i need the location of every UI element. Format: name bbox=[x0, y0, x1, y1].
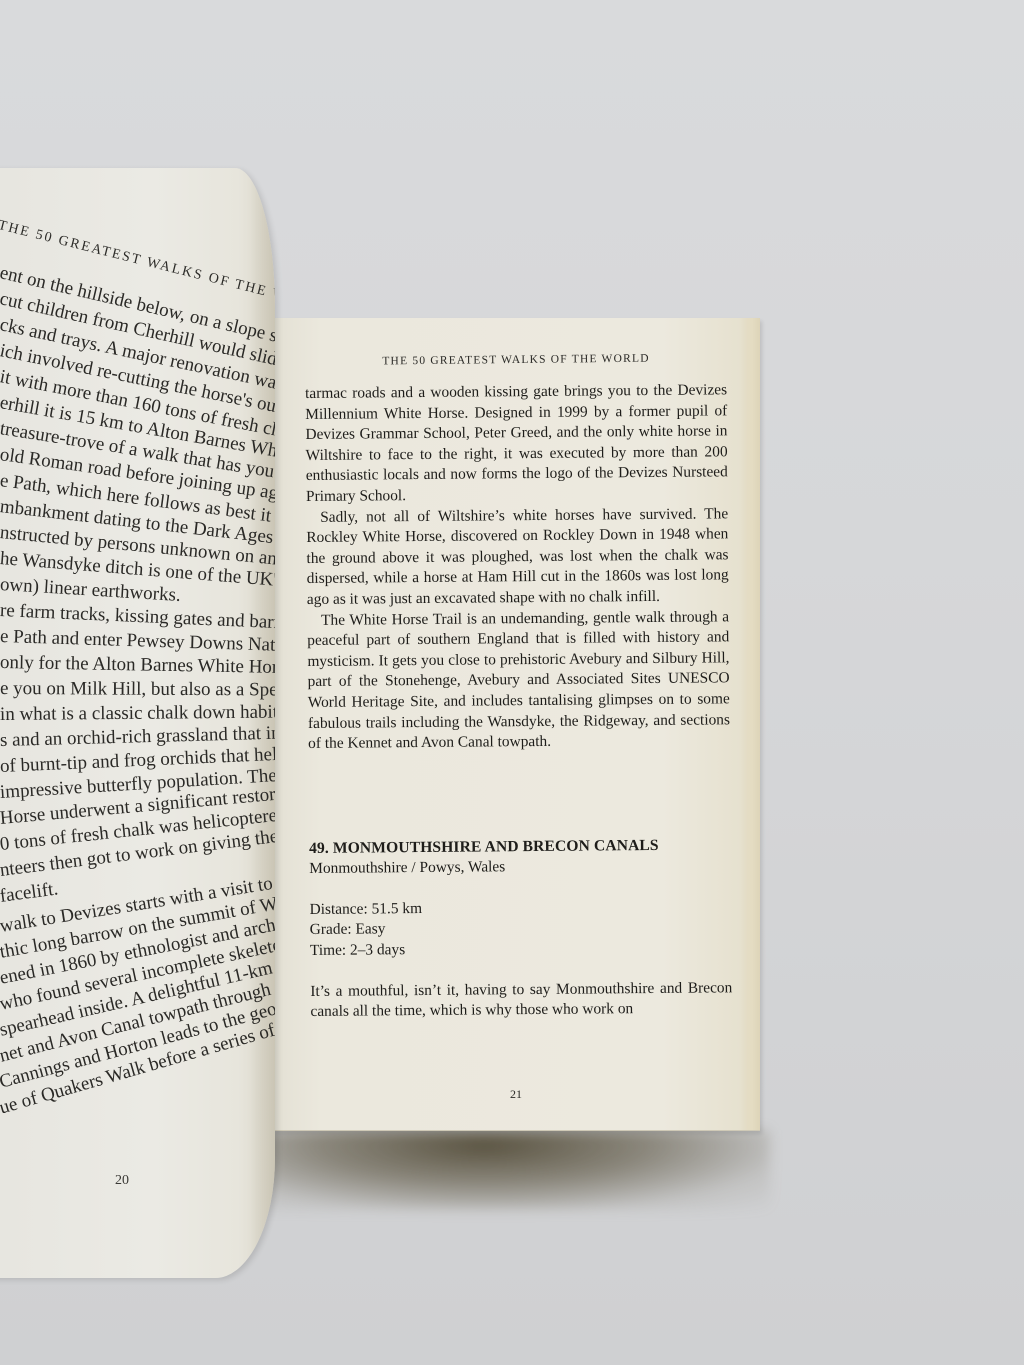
text-line: only for the Alton Barnes White Horse bbox=[0, 652, 275, 679]
paragraph: The White Horse Trail is an undemanding,… bbox=[307, 607, 730, 755]
running-head: THE 50 GREATEST WALKS OF THE WORLD bbox=[272, 351, 760, 368]
page-edge bbox=[740, 318, 760, 1130]
walk-time: Time: 2–3 days bbox=[310, 937, 732, 961]
text-line: in what is a classic chalk down habitat … bbox=[0, 701, 275, 726]
book-shadow bbox=[250, 1130, 770, 1210]
page-number: 21 bbox=[272, 1087, 760, 1102]
walk-region: Monmouthshire / Powys, Wales bbox=[309, 856, 731, 880]
right-page: THE 50 GREATEST WALKS OF THE WORLD tarma… bbox=[272, 318, 760, 1131]
text-line: e you on Milk Hill, but also as a Specia… bbox=[0, 678, 275, 702]
walk-meta: Distance: 51.5 km Grade: Easy Time: 2–3 … bbox=[310, 896, 733, 961]
paragraph: tarmac roads and a wooden kissing gate b… bbox=[305, 380, 728, 507]
walk-intro: It’s a mouthful, isn’t it, having to say… bbox=[310, 978, 732, 1023]
text-line: facelift. bbox=[0, 878, 59, 907]
left-page: THE 50 GREATEST WALKS OF THE WORLD ent o… bbox=[0, 168, 275, 1278]
paragraph: Sadly, not all of Wiltshire’s white hors… bbox=[306, 504, 729, 611]
body-text: tarmac roads and a wooden kissing gate b… bbox=[305, 380, 733, 1023]
page-number: 20 bbox=[115, 1173, 129, 1189]
section-gap bbox=[308, 751, 731, 839]
